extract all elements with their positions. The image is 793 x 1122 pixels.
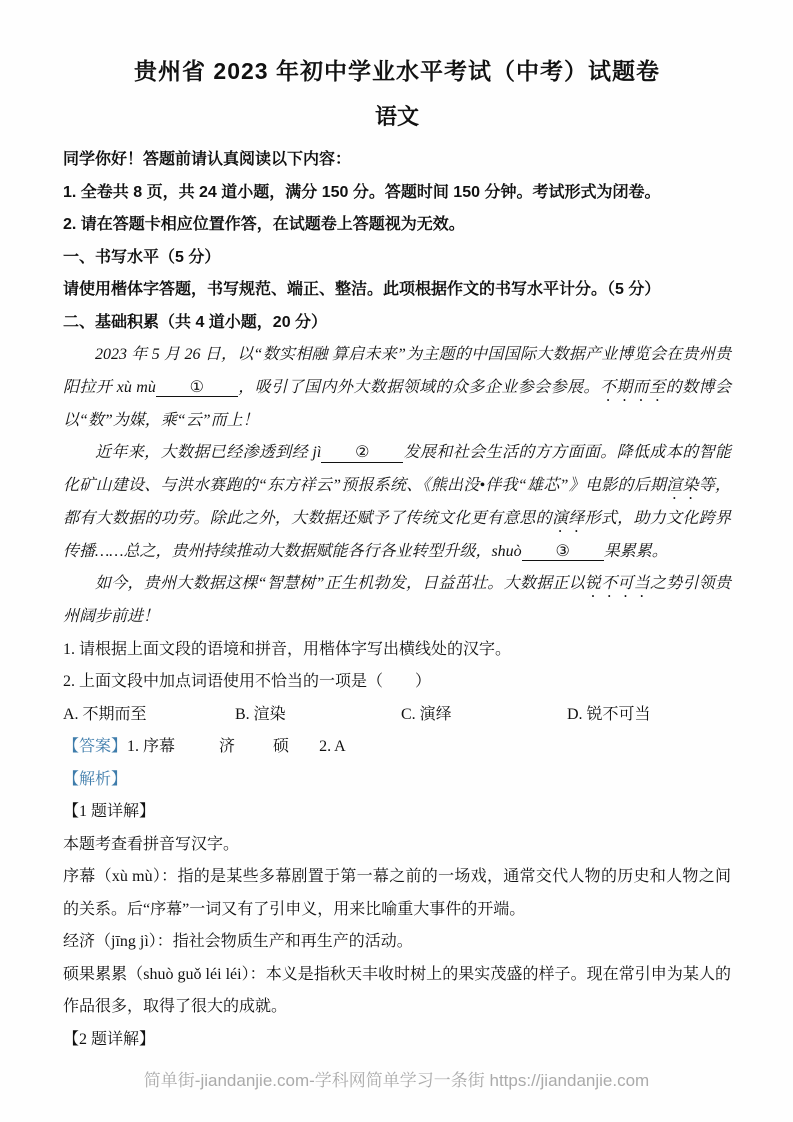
section2-heading: 二、基础积累（共 4 道小题，20 分） xyxy=(63,307,731,340)
analysis-q1-heading: 【1 题详解】 xyxy=(63,796,731,829)
analysis-q1-intro: 本题考查看拼音写汉字。 xyxy=(63,829,731,862)
answer-q1-part2: 济 xyxy=(219,731,235,764)
option-c: C. 演绎 xyxy=(401,699,567,732)
answer-q1-part1: 1. 序幕 xyxy=(127,731,175,764)
notice-item-2: 2. 请在答题卡相应位置作答，在试题卷上答题视为无效。 xyxy=(63,209,731,242)
analysis-label-line: 【解析】 xyxy=(63,764,731,797)
question-2-options: A. 不期而至 B. 渲染 C. 演绎 D. 锐不可当 xyxy=(63,699,731,732)
paper-title: 贵州省 2023 年初中学业水平考试（中考）试题卷 xyxy=(63,56,731,86)
fill-in-blank-3: ③ xyxy=(522,543,604,562)
passage-paragraph-1: 2023 年 5 月 26 日，以“数实相融 算启未来”为主题的中国国际大数据产… xyxy=(63,339,731,437)
section1-heading: 一、书写水平（5 分） xyxy=(63,242,731,275)
answer-label: 【答案】 xyxy=(63,731,127,764)
paper-subject: 语文 xyxy=(63,102,731,132)
passage-paragraph-2: 近年来，大数据已经渗透到经 jì②发展和社会生活的方方面面。降低成本的智能化矿山… xyxy=(63,437,731,568)
watermark-footer: 简单街-jiandanjie.com-学科网简单学习一条街 https://ji… xyxy=(0,1066,793,1091)
option-d: D. 锐不可当 xyxy=(567,699,731,732)
answer-q1-part3: 硕 xyxy=(273,731,289,764)
analysis-q1-shuoguo: 硕果累累（shuò guǒ léi léi）：本义是指秋天丰收时树上的果实茂盛的… xyxy=(63,959,731,1024)
analysis-label: 【解析】 xyxy=(63,771,127,788)
question-1: 1. 请根据上面文段的语境和拼音，用楷体字写出横线处的汉字。 xyxy=(63,634,731,667)
emphasized-word-yanyi: 演绎 xyxy=(552,510,585,527)
fill-in-blank-1: ① xyxy=(156,379,238,398)
answer-q2: 2. A xyxy=(319,731,346,764)
passage-text: ，吸引了国内外大数据领域的众多企业参会参展。 xyxy=(238,379,600,396)
question-2: 2. 上面文段中加点词语使用不恰当的一项是（ ） xyxy=(63,666,731,699)
emphasized-word-buqierzhi: 不期而至 xyxy=(600,379,666,396)
passage-paragraph-3: 如今，贵州大数据这棵“智慧树”正生机勃发，日益茁壮。大数据正以锐不可当之势引领贵… xyxy=(63,568,731,634)
analysis-q1-xumu: 序幕（xù mù）：指的是某些多幕剧置于第一幕之前的一场戏，通常交代人物的历史和… xyxy=(63,861,731,926)
passage-text: 近年来，大数据已经渗透到经 jì xyxy=(95,444,321,461)
fill-in-blank-2: ② xyxy=(321,444,403,463)
notice-item-1: 1. 全卷共 8 页，共 24 道小题，满分 150 分。答题时间 150 分钟… xyxy=(63,177,731,210)
passage-text: 如今，贵州大数据这棵“智慧树”正生机勃发，日益茁壮。大数据正以 xyxy=(95,575,585,592)
notice-greeting: 同学你好！答题前请认真阅读以下内容： xyxy=(63,144,731,177)
passage-text: 果累累。 xyxy=(604,543,668,560)
analysis-q1-jingji: 经济（jīng jì）：指社会物质生产和再生产的活动。 xyxy=(63,926,731,959)
answer-line: 【答案】1. 序幕济硕2. A xyxy=(63,731,731,764)
section1-body: 请使用楷体字答题，书写规范、端正、整洁。此项根据作文的书写水平计分。（5 分） xyxy=(63,274,731,307)
option-b: B. 渲染 xyxy=(235,699,401,732)
emphasized-word-xuanran: 渲染 xyxy=(666,477,699,494)
analysis-q2-heading: 【2 题详解】 xyxy=(63,1024,731,1057)
emphasized-word-ruibukedang: 锐不可当 xyxy=(585,575,650,592)
option-a: A. 不期而至 xyxy=(63,699,235,732)
exam-paper-page: 贵州省 2023 年初中学业水平考试（中考）试题卷 语文 同学你好！答题前请认真… xyxy=(0,0,793,1122)
